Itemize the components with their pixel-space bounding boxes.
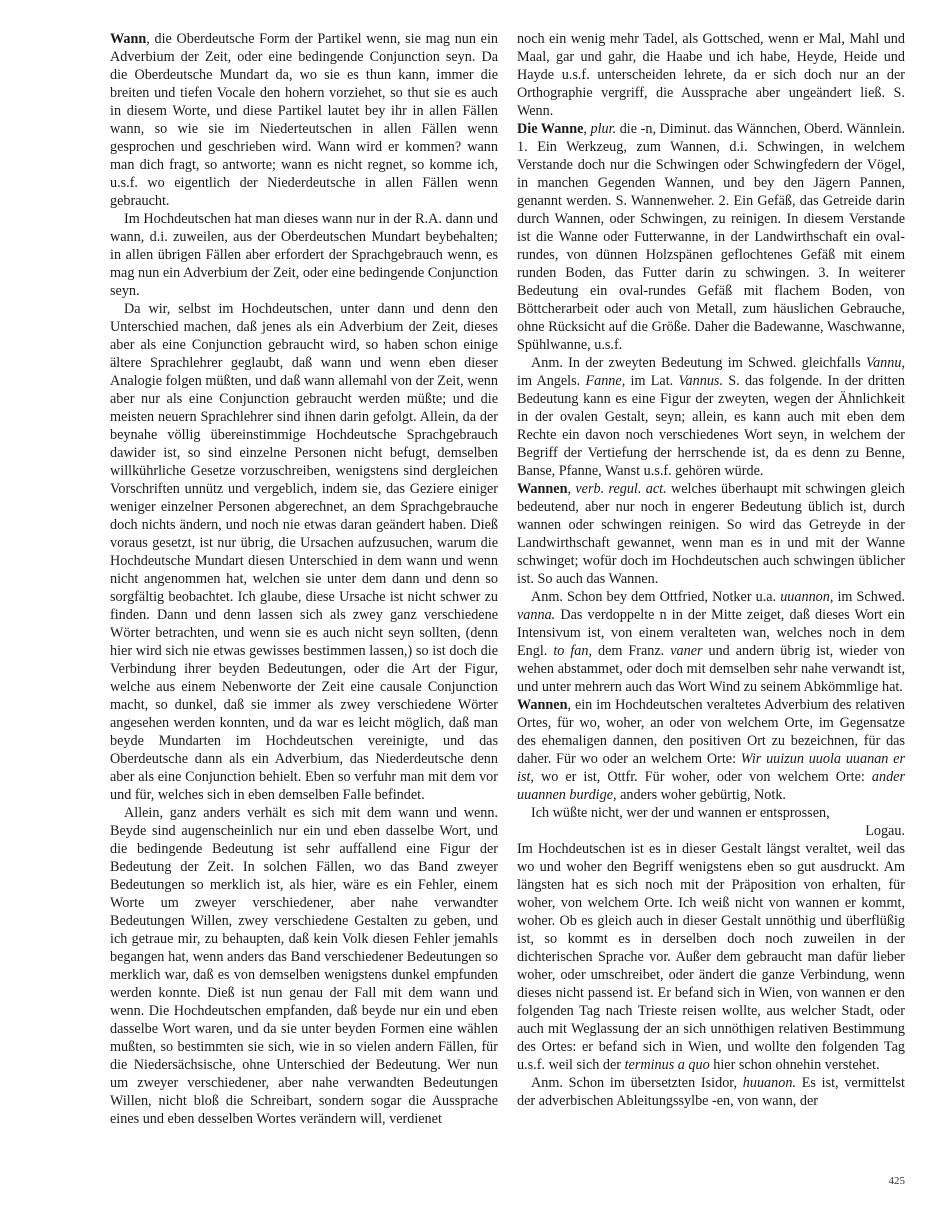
annotation: Anm. Schon im übersetzten Isidor, huuano… — [517, 1074, 905, 1110]
headword: Wannen — [517, 481, 567, 497]
dictionary-page: Wann, die Oberdeutsche Form der Partikel… — [0, 0, 935, 1210]
annotation: Anm. Schon bey dem Ottfried, Notker u.a.… — [517, 588, 905, 696]
entry-text: , die Oberdeutsche Form der Partikel wen… — [110, 31, 498, 209]
paragraph: Allein, ganz anders verhält es sich mit … — [110, 804, 498, 1128]
headword: Wann — [110, 31, 146, 47]
paragraph: Im Hochdeutschen hat man dieses wann nur… — [110, 210, 498, 300]
entry-wann: Wann, die Oberdeutsche Form der Partikel… — [110, 30, 498, 210]
entry-wannen-adverb: Wannen, ein im Hochdeutschen veraltetes … — [517, 696, 905, 804]
grammar-label: verb. regul. act. — [575, 481, 666, 497]
annotation: Anm. In der zweyten Bedeutung im Schwed.… — [517, 354, 905, 480]
headword: Wannen — [517, 697, 567, 713]
quotation: Ich wüßte nicht, wer der und wannen er e… — [517, 804, 905, 822]
left-column: Wann, die Oberdeutsche Form der Partikel… — [110, 30, 498, 1128]
paragraph: Im Hochdeutschen ist es in dieser Gestal… — [517, 840, 905, 1074]
right-column: noch ein wenig mehr Tadel, als Gottsched… — [517, 30, 905, 1110]
headword: Die Wanne — [517, 121, 583, 137]
entry-die-wanne: Die Wanne, plur. die -n, Diminut. das Wä… — [517, 120, 905, 354]
grammar-label: plur. — [591, 121, 617, 137]
page-number: 425 — [880, 1172, 905, 1190]
entry-wannen-verb: Wannen, verb. regul. act. welches überha… — [517, 480, 905, 588]
entry-text: die -n, Diminut. das Wännchen, Oberd. Wä… — [517, 121, 905, 353]
paragraph: noch ein wenig mehr Tadel, als Gottsched… — [517, 30, 905, 120]
paragraph: Da wir, selbst im Hochdeutschen, unter d… — [110, 300, 498, 804]
quotation-attribution: Logau. — [517, 822, 905, 840]
